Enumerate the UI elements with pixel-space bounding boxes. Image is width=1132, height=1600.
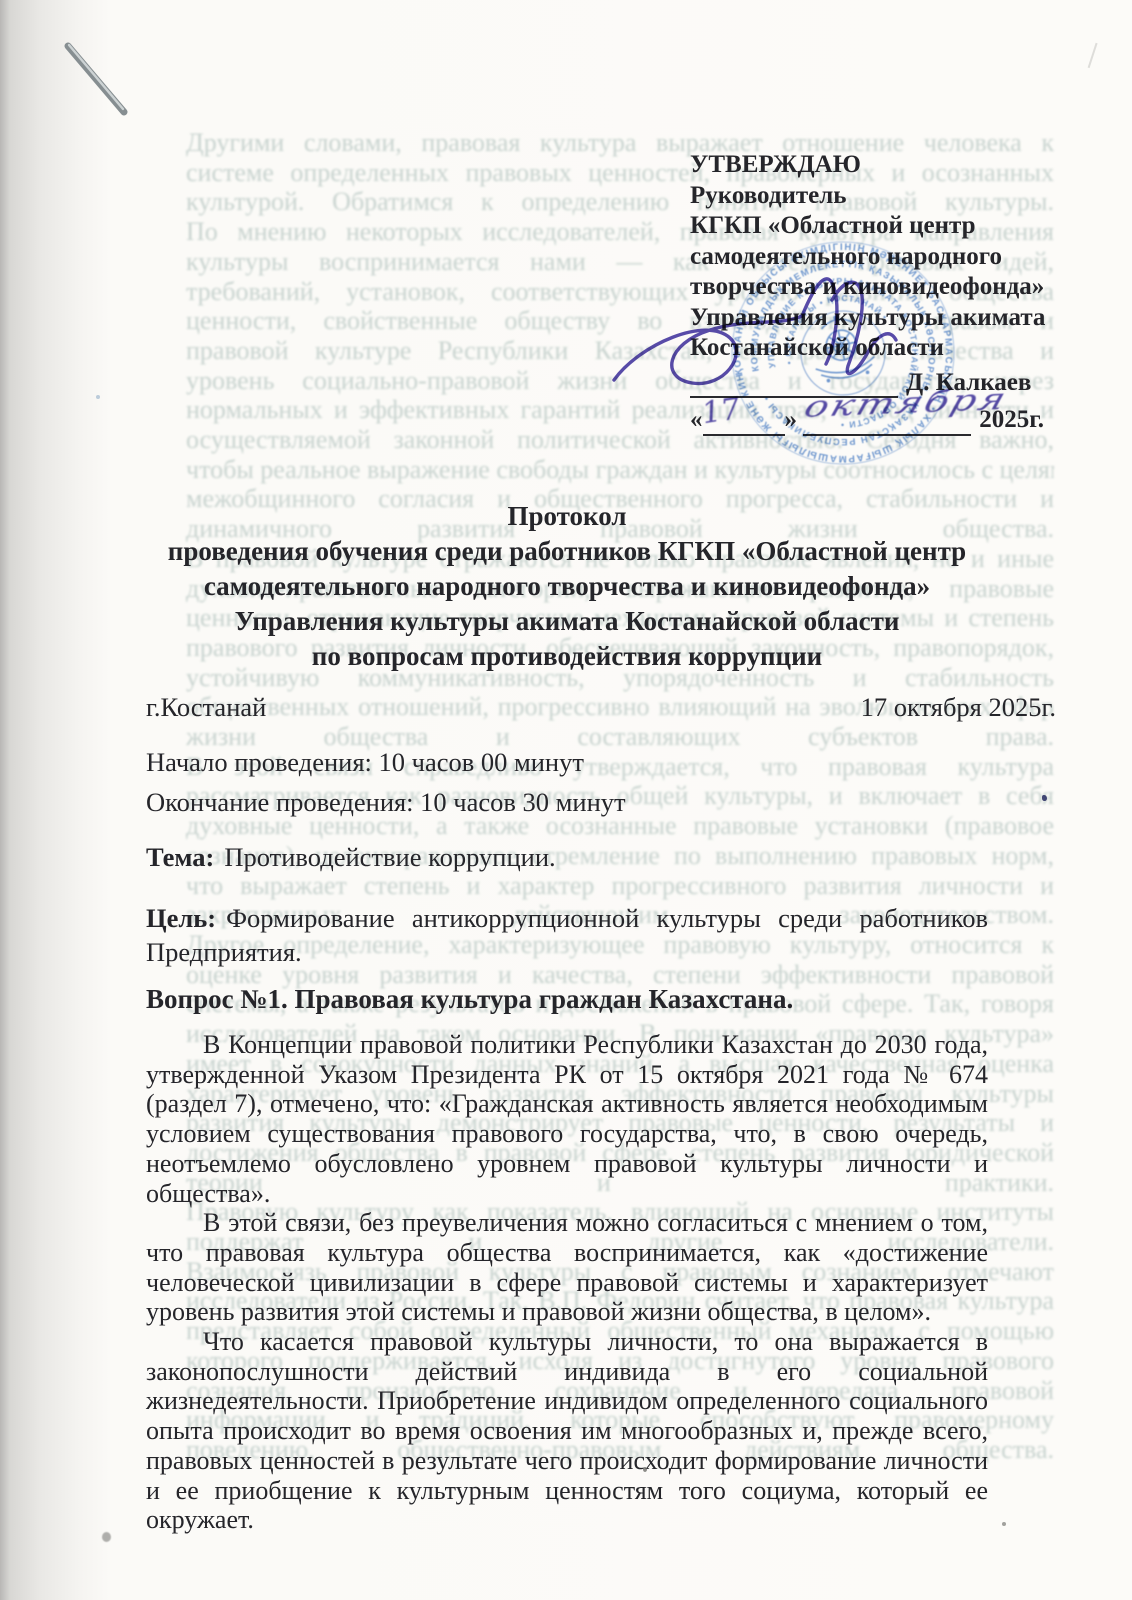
goal-label: Цель: bbox=[146, 903, 216, 933]
goal-paragraph: Цель:Формирование антикоррупционной куль… bbox=[146, 902, 988, 969]
ink-speck bbox=[643, 1467, 647, 1472]
document-date: 17 октября 2025г. bbox=[861, 692, 1056, 723]
title-line: по вопросам противодействия коррупции bbox=[146, 639, 988, 674]
scanned-document-page: Другими словами, правовая культура выраж… bbox=[0, 0, 1132, 1600]
city-date-row: г.Костанай 17 октября 2025г. bbox=[146, 692, 1056, 723]
goal-text: Формирование антикоррупционной культуры … bbox=[146, 903, 988, 967]
document-title: Протоколпроведения обучения среди работн… bbox=[146, 499, 988, 674]
theme-row: Тема:Противодействие коррупции. bbox=[146, 842, 988, 873]
ink-speck bbox=[102, 1532, 111, 1542]
end-time-line: Окончание проведения: 10 часов 30 минут bbox=[146, 782, 626, 822]
staple-icon bbox=[52, 32, 142, 132]
approval-line: Руководитель bbox=[690, 181, 1068, 212]
body-paragraph: Что касается правовой культуры личности,… bbox=[146, 1327, 988, 1535]
printed-content: УТВЕРЖДАЮ РуководительКГКП «Областной це… bbox=[0, 0, 1132, 1600]
title-line: самодеятельного народного творчества и к… bbox=[146, 569, 988, 604]
theme-text: Противодействие коррупции. bbox=[224, 842, 555, 872]
title-line: Управления культуры акимата Костанайской… bbox=[146, 604, 988, 639]
question-heading: Вопрос №1. Правовая культура граждан Каз… bbox=[146, 984, 988, 1015]
body-paragraphs: В Концепции правовой политики Республики… bbox=[146, 1030, 988, 1535]
title-line: Протокол bbox=[146, 499, 988, 534]
body-paragraph: В этой связи, без преувеличения можно со… bbox=[146, 1208, 988, 1327]
body-paragraph: В Концепции правовой политики Республики… bbox=[146, 1030, 988, 1208]
start-time-line: Начало проведения: 10 часов 00 минут bbox=[146, 742, 626, 782]
ink-speck bbox=[1002, 1522, 1006, 1526]
approval-heading: УТВЕРЖДАЮ bbox=[690, 150, 1068, 181]
city-label: г.Костанай bbox=[146, 692, 266, 723]
session-times: Начало проведения: 10 часов 00 минут Око… bbox=[146, 742, 626, 822]
handwritten-day: 17 bbox=[699, 391, 742, 432]
title-line: проведения обучения среди работников КГК… bbox=[146, 534, 988, 569]
theme-label: Тема: bbox=[146, 842, 214, 872]
ink-speck bbox=[1042, 795, 1047, 801]
ink-speck bbox=[96, 395, 100, 399]
